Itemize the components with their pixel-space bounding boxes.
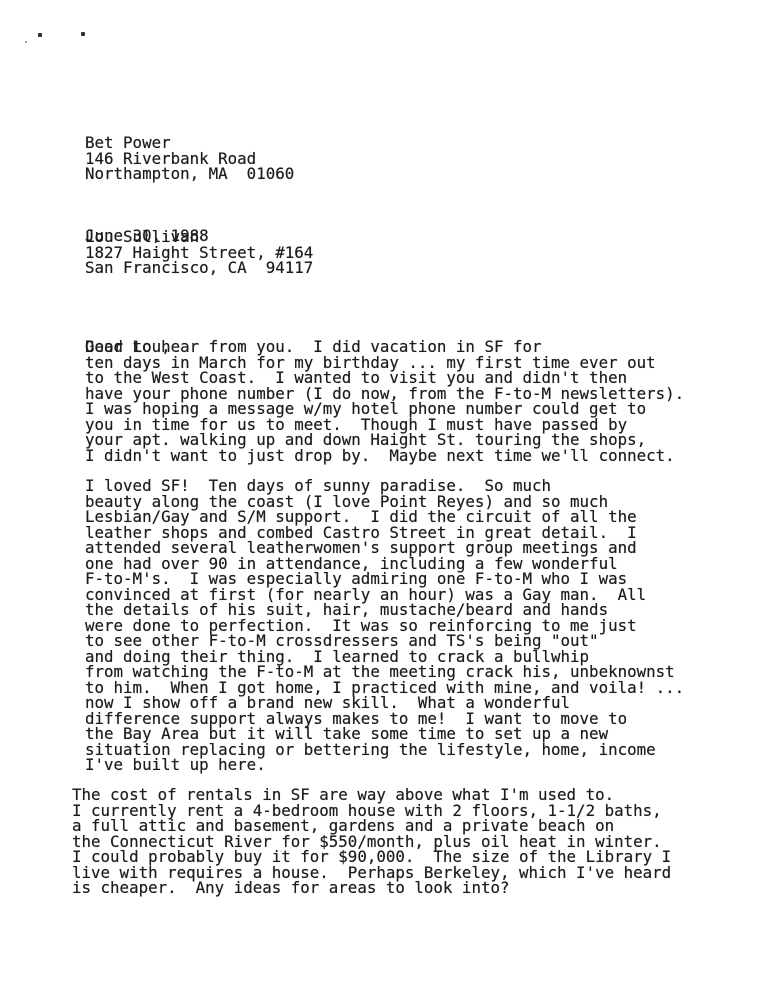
text-line: is cheaper. Any ideas for areas to look …	[72, 880, 671, 896]
text-line: I didn't want to just drop by. Maybe nex…	[85, 448, 684, 464]
recipient-address: Lou Sullivan1827 Haight Street, #164San …	[85, 229, 313, 276]
text-line: Northampton, MA 01060	[85, 166, 294, 182]
sender-address: Bet Power146 Riverbank RoadNorthampton, …	[85, 135, 294, 182]
letter-page: Bet Power146 Riverbank RoadNorthampton, …	[0, 0, 770, 1000]
paragraph-3: The cost of rentals in SF are way above …	[72, 787, 671, 896]
text-line: I've built up here.	[85, 757, 684, 773]
scan-speck	[38, 33, 42, 37]
paragraph-2: I loved SF! Ten days of sunny paradise. …	[85, 478, 684, 773]
scan-speck	[81, 32, 85, 36]
scan-speck	[25, 41, 27, 43]
text-line: San Francisco, CA 94117	[85, 260, 313, 276]
paragraph-1: Good to hear from you. I did vacation in…	[85, 339, 684, 463]
